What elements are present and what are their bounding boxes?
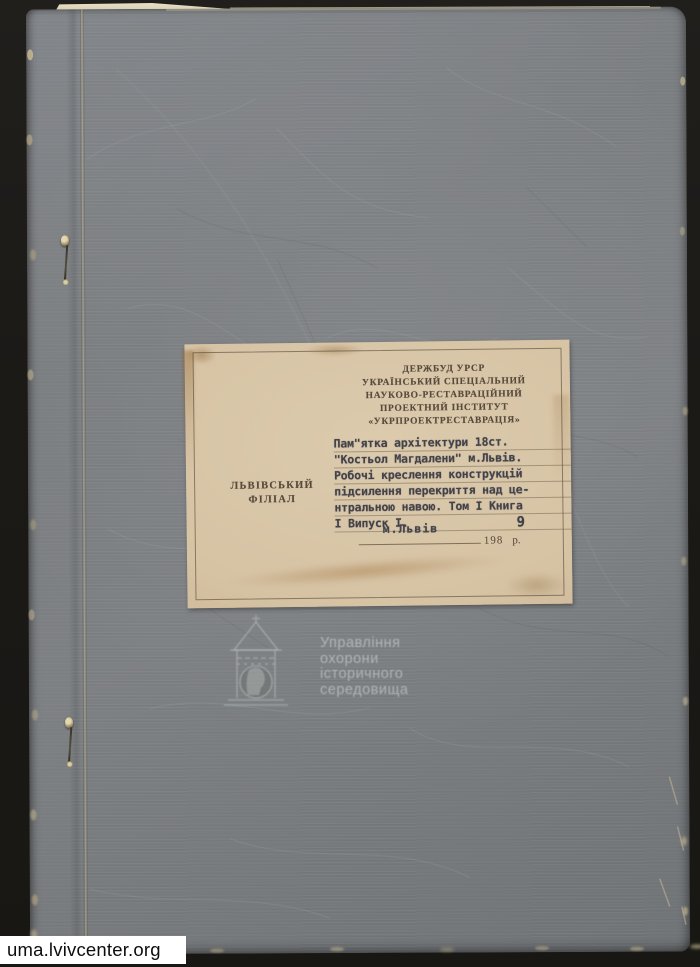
tower-monument-icon <box>215 612 297 708</box>
typed-issue-digit: 9 <box>517 514 526 530</box>
binding-staple-bottom <box>63 717 75 769</box>
heritage-office-stamp: Управління охорони історичного середовищ… <box>215 612 485 717</box>
archival-title-label: ДЕРЖБУД УРСР УКРАЇНСЬКИЙ СПЕЦІАЛЬНИЙ НАУ… <box>184 340 572 609</box>
stamp-text-line: середовища <box>320 683 408 699</box>
printed-year-suffix: р. <box>512 534 520 546</box>
left-edge-fray <box>27 49 33 60</box>
institution-header: ДЕРЖБУД УРСР УКРАЇНСЬКИЙ СПЕЦІАЛЬНИЙ НАУ… <box>323 362 566 430</box>
branch-line: ЛЬВІВСЬКИЙ <box>220 479 324 494</box>
label-stain <box>186 345 216 365</box>
typewritten-title: Пам"ятка архітектури 18ст. "Костьол Магд… <box>334 434 572 533</box>
stamp-text-line: історичного <box>320 667 408 683</box>
printed-year: 198 <box>484 534 504 546</box>
branch-name: ЛЬВІВСЬКИЙ ФІЛІАЛ <box>220 479 324 508</box>
typed-title-line: І Випуск І. <box>335 514 572 533</box>
right-edge-fray <box>680 77 685 86</box>
binding-staple-top <box>59 235 71 287</box>
institution-line: «УКРПРОЕКТРЕСТАВРАЦІЯ» <box>323 414 565 430</box>
label-stain <box>304 343 364 357</box>
printed-date-line: 198 р. <box>359 530 521 548</box>
scan-page: { "colors": { "scan_background": "#1c1a1… <box>0 0 700 967</box>
stamp-text: Управління охорони історичного середовищ… <box>320 636 408 698</box>
date-blank-rule <box>359 531 481 545</box>
label-stain <box>505 572 567 599</box>
label-stain <box>225 549 506 594</box>
branch-line: ФІЛІАЛ <box>220 493 324 508</box>
stamp-text-line: Управління <box>320 636 408 652</box>
top-right-corner-wear <box>662 5 688 39</box>
digitization-watermark: uma.lvivcenter.org <box>0 936 186 964</box>
stamp-text-line: охорони <box>320 652 408 668</box>
